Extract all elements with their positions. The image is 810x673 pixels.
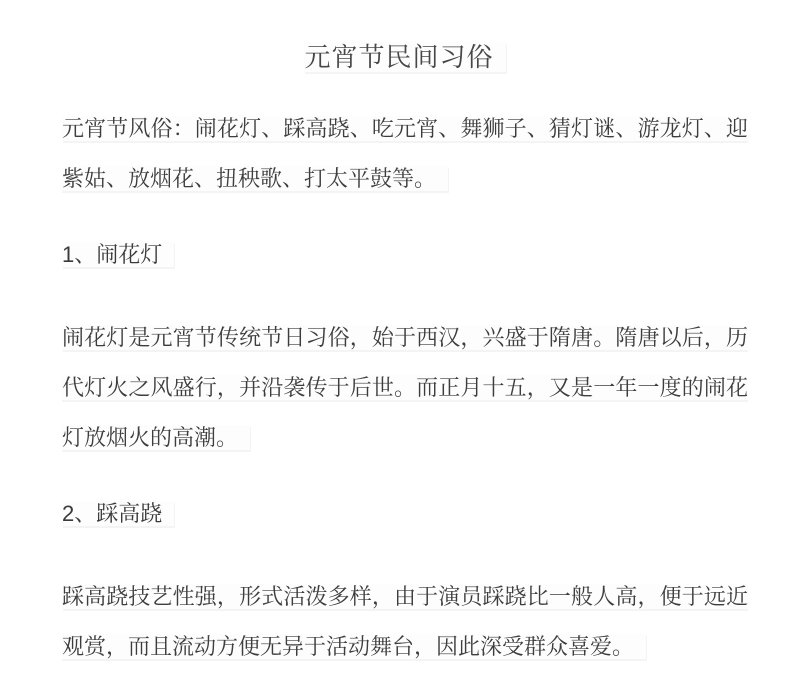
section-2-paragraph-text: 踩高跷技艺性强，形式活泼多样，由于演员踩跷比一般人高，便于远近观赏，而且流动方便… xyxy=(62,584,748,659)
page-title-text: 元宵节民间习俗 xyxy=(304,42,505,72)
section-2-heading: 2、踩高跷 xyxy=(62,489,748,539)
document-page: 元宵节民间习俗 元宵节风俗：闹花灯、踩高跷、吃元宵、舞狮子、猜灯谜、游龙灯、迎紫… xyxy=(0,0,810,673)
intro-paragraph-text: 元宵节风俗：闹花灯、踩高跷、吃元宵、舞狮子、猜灯谜、游龙灯、迎紫姑、放烟花、扭秧… xyxy=(62,116,748,191)
intro-paragraph: 元宵节风俗：闹花灯、踩高跷、吃元宵、舞狮子、猜灯谜、游龙灯、迎紫姑、放烟花、扭秧… xyxy=(62,104,748,204)
section-1-heading: 1、闹花灯 xyxy=(62,230,748,280)
page-title: 元宵节民间习俗 xyxy=(62,40,748,74)
section-1-heading-text: 1、闹花灯 xyxy=(62,242,174,267)
section-1-paragraph: 闹花灯是元宵节传统节日习俗，始于西汉，兴盛于隋唐。隋唐以后，历代灯火之风盛行，并… xyxy=(62,313,748,463)
section-2-paragraph: 踩高跷技艺性强，形式活泼多样，由于演员踩跷比一般人高，便于远近观赏，而且流动方便… xyxy=(62,572,748,672)
section-1-paragraph-text: 闹花灯是元宵节传统节日习俗，始于西汉，兴盛于隋唐。隋唐以后，历代灯火之风盛行，并… xyxy=(62,325,748,450)
section-2-heading-text: 2、踩高跷 xyxy=(62,501,174,526)
